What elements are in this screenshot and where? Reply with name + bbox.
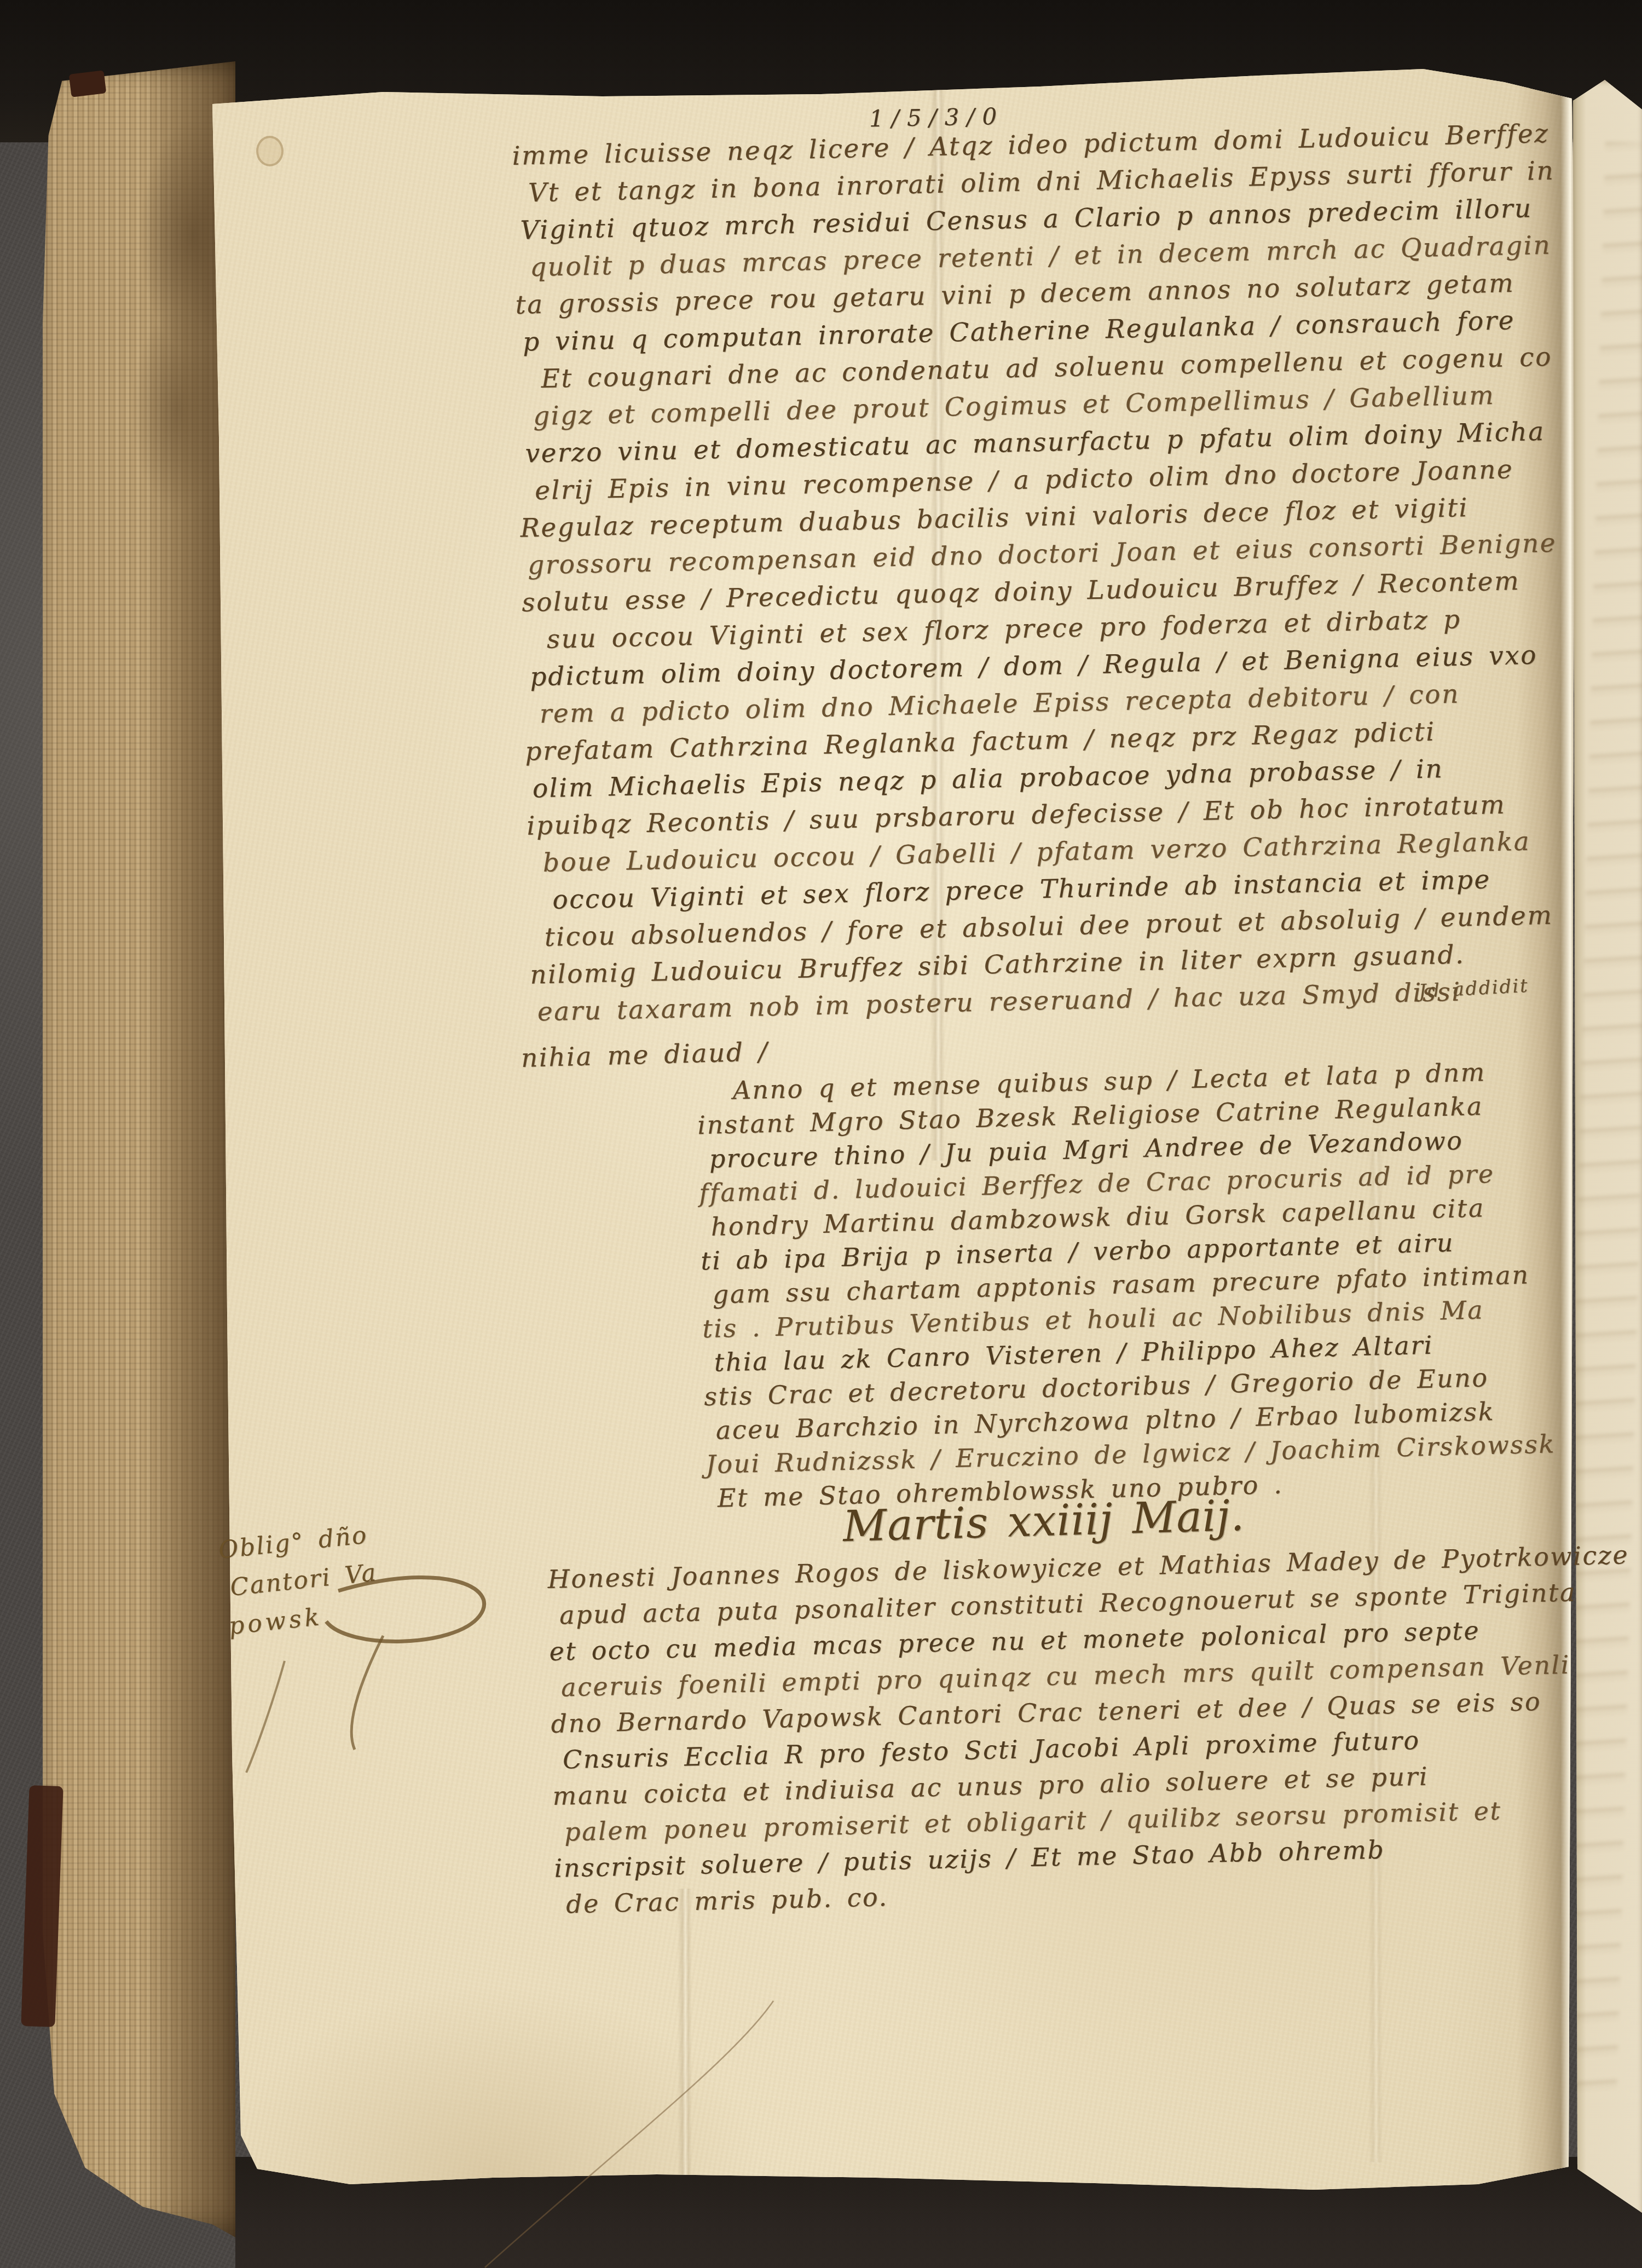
entry-paragraph-3: Honesti Joannes Rogos de liskowyicze et … xyxy=(547,1537,1637,1923)
margin-note-descender xyxy=(351,1636,383,1750)
manuscript-photo: 1/5/3/0 imme licuisse neqz licere / Atqz… xyxy=(0,0,1642,2268)
margin-note: Oblig° dñoCantori Vapowsk xyxy=(217,1515,383,1646)
entry-paragraph-1: imme licuisse neqz licere / Atqz ideo pd… xyxy=(512,115,1573,1031)
hair-crease-line xyxy=(485,2001,773,2267)
entry-paragraph-2: Anno q et mense quibus sup / Lecta et la… xyxy=(707,1054,1557,1515)
margin-note-descender-2 xyxy=(246,1661,285,1773)
